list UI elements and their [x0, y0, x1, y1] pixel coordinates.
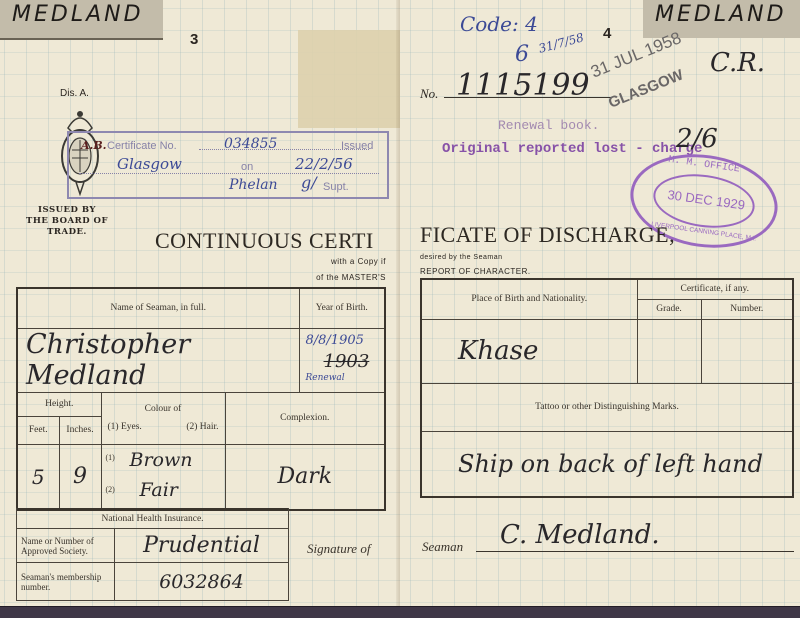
left-page: MEDLAND 3 Dis. A. ISSUED BY THE BOARD OF…	[0, 0, 400, 608]
grade-header: Grade.	[637, 299, 701, 319]
certificate-stamp: A.B. Certificate No. 034855 Issued Glasg…	[67, 131, 389, 199]
page-number-right: 4	[603, 25, 611, 42]
marks-header: Tattoo or other Distinguishing Marks.	[421, 383, 793, 431]
colour-header-cell: Colour of (1) Eyes. (2) Hair.	[101, 392, 225, 444]
hair-marker: (2)	[106, 485, 115, 494]
no-label: No.	[420, 86, 438, 102]
grade-value	[637, 319, 701, 383]
on-label: on	[241, 161, 253, 173]
nhi-table: National Health Insurance. Name or Numbe…	[16, 508, 289, 601]
eyes-value: Brown	[130, 449, 193, 471]
oval-stamp-top: M. M. OFFICE	[668, 155, 741, 176]
subtitle-left-1: with a Copy if	[300, 257, 386, 266]
form-code: Dis. A.	[60, 88, 89, 99]
surname-text: MEDLAND	[655, 2, 787, 27]
feet-value: 5	[32, 465, 45, 489]
page-number-left: 3	[190, 31, 198, 48]
hair-value: Fair	[140, 479, 178, 501]
seaman-details-table: Name of Seaman, in full. Year of Birth. …	[16, 287, 386, 511]
society-value: Prudential	[143, 533, 260, 558]
feet-header: Feet.	[17, 416, 59, 444]
supt-signature: Phelan	[229, 177, 278, 193]
right-page: MEDLAND 4 Code: 4 6 31/7/58 C.R. No. 111…	[400, 0, 800, 608]
original-year-value: 1903	[324, 351, 370, 372]
subtitle-right-1: desired by the Seaman	[420, 254, 503, 261]
name-header: Name of Seaman, in full.	[17, 288, 299, 328]
code-date: 31/7/58	[537, 30, 585, 55]
issued-label: Issued	[341, 140, 373, 152]
dob-value: 8/8/1905	[306, 333, 364, 348]
membership-value: 6032864	[159, 571, 244, 593]
year-of-birth-cell: 8/8/1905 1903 Renewal	[299, 328, 385, 392]
lost-stamp: Original reported lost - charge	[442, 141, 702, 157]
issued-by-line-1: ISSUED BY	[12, 205, 122, 216]
book-cover-edge	[0, 606, 800, 618]
issued-date: 22/2/56	[295, 155, 353, 173]
cr-note: C.R.	[710, 48, 765, 78]
inches-header: Inches.	[59, 416, 101, 444]
place-dotted-line	[79, 173, 379, 174]
charge-value: 2/6	[676, 124, 718, 154]
subtitle-right-2: REPORT OF CHARACTER.	[420, 267, 531, 276]
marks-value: Ship on back of left hand	[458, 450, 763, 478]
issued-by-text: ISSUED BY THE BOARD OF TRADE.	[12, 205, 122, 238]
code-sub: 6	[515, 42, 529, 67]
inches-value: 9	[73, 464, 87, 489]
certificate-number: 034855	[224, 136, 277, 152]
society-label: Name or Number of Approved Society.	[17, 529, 115, 563]
removed-photo-patch	[298, 30, 400, 128]
supt-label: Supt.	[323, 181, 349, 193]
seaman-label: Seaman	[422, 539, 463, 555]
character-report-table: Place of Birth and Nationality. Certific…	[420, 278, 794, 498]
complexion-header: Complexion.	[225, 392, 385, 444]
signature-of-label: Signature of	[307, 541, 370, 557]
year-note: Renewal	[306, 373, 345, 383]
number-header: Number.	[701, 299, 793, 319]
supt-initial: g/	[301, 173, 317, 192]
complexion-value: Dark	[277, 464, 332, 489]
seaman-signature: C. Medland.	[500, 520, 660, 550]
surname-text: MEDLAND	[12, 2, 144, 27]
subtitle-left-2: of the MASTER'S	[290, 273, 386, 282]
certificate-no-value: 1115199	[456, 68, 590, 103]
certificate-label: Certificate No.	[107, 140, 177, 152]
colour-values-cell: (1) Brown (2) Fair	[101, 444, 225, 510]
renewal-stamp: Renewal book.	[498, 118, 599, 133]
number-value	[701, 319, 793, 383]
rating-text: A.B.	[81, 139, 107, 152]
eyes-header: (1) Eyes.	[108, 422, 142, 432]
document-title-left: CONTINUOUS CERTI	[155, 228, 374, 254]
colour-header: Colour of	[102, 404, 225, 414]
birth-value: Khase	[458, 336, 538, 366]
birth-header: Place of Birth and Nationality.	[421, 279, 637, 319]
issued-by-line-2: THE BOARD OF TRADE.	[12, 216, 122, 238]
year-of-birth-header: Year of Birth.	[299, 288, 385, 328]
document-title-right: FICATE OF DISCHARGE,	[420, 222, 675, 248]
surname-tab-left: MEDLAND	[0, 0, 163, 40]
height-header: Height.	[17, 392, 101, 416]
issued-place: Glasgow	[117, 155, 182, 173]
seaman-signature-line	[476, 551, 794, 552]
code-note: Code: 4	[460, 12, 538, 36]
membership-label: Seaman's membership number.	[17, 563, 115, 601]
nhi-header: National Health Insurance.	[17, 509, 289, 529]
eyes-marker: (1)	[106, 453, 115, 462]
hair-header: (2) Hair.	[186, 422, 218, 432]
certificate-header: Certificate, if any.	[637, 279, 793, 299]
seaman-name-value: Christopher Medland	[26, 329, 190, 391]
